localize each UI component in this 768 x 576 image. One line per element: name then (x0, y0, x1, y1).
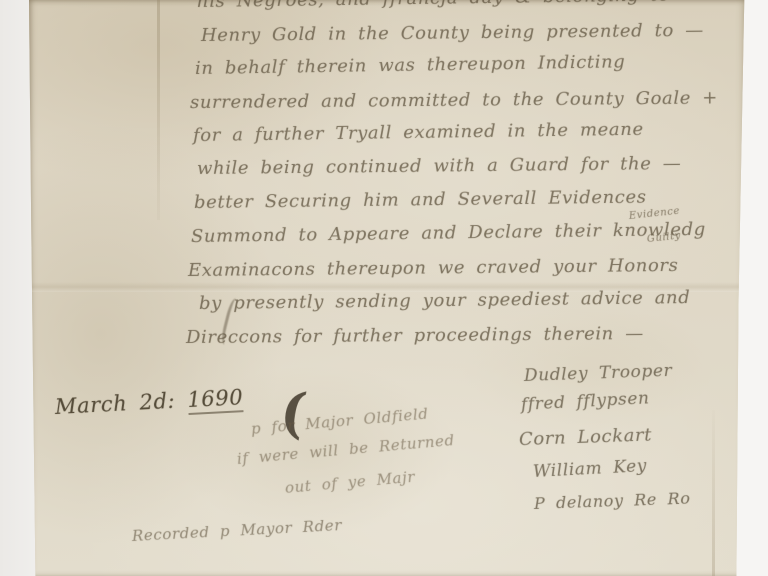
signature: Corn Lockart (519, 424, 653, 450)
signature: William Key (532, 456, 647, 482)
vertical-crease (712, 410, 715, 576)
manuscript-line: Direccons for further proceedings therei… (186, 323, 644, 348)
manuscript-line: better Securing him and Severall Evidenc… (194, 186, 647, 213)
manuscript-line: Henry Gold in the County being presented… (201, 20, 704, 46)
faded-note-line: out of ye Majr (284, 468, 416, 497)
manuscript-line: Examinacons thereupon we craved your Hon… (188, 255, 679, 281)
signature: P delanoy Re Ro (534, 489, 691, 513)
date-month-day: March 2d: (54, 389, 175, 419)
manuscript-line: Summond to Appeare and Declare their kno… (191, 219, 706, 247)
date-line: March 2d: 1690 (54, 385, 243, 419)
signature: Dudley Trooper (524, 361, 673, 386)
manuscript-paper: his Negroes, and ffrancja day & belongin… (29, 0, 745, 576)
manuscript-line: surrendered and committed to the County … (190, 87, 718, 113)
recorded-note: Recorded p Mayor Rder (132, 516, 343, 545)
vertical-crease (157, 0, 160, 220)
inserted-word: Guilty (646, 230, 681, 245)
manuscript-line: for a further Tryall examined in the mea… (193, 119, 644, 146)
faded-note-line: p for Major Oldfield (250, 405, 429, 438)
bracket-mark: ( (276, 379, 310, 446)
manuscript-line: his Negroes, and ffrancja day & belongin… (197, 0, 670, 12)
manuscript-line: while being continued with a Guard for t… (197, 153, 682, 179)
date-year: 1690 (187, 385, 244, 415)
faded-note-line: if were will be Returned (236, 431, 455, 468)
manuscript-line: in behalf therein was thereupon Indictin… (195, 51, 626, 79)
manuscript-line: by presently sending your speediest advi… (199, 287, 691, 314)
signature: ffred fflypsen (520, 388, 650, 415)
scanned-document-image: his Negroes, and ffrancja day & belongin… (0, 0, 768, 576)
